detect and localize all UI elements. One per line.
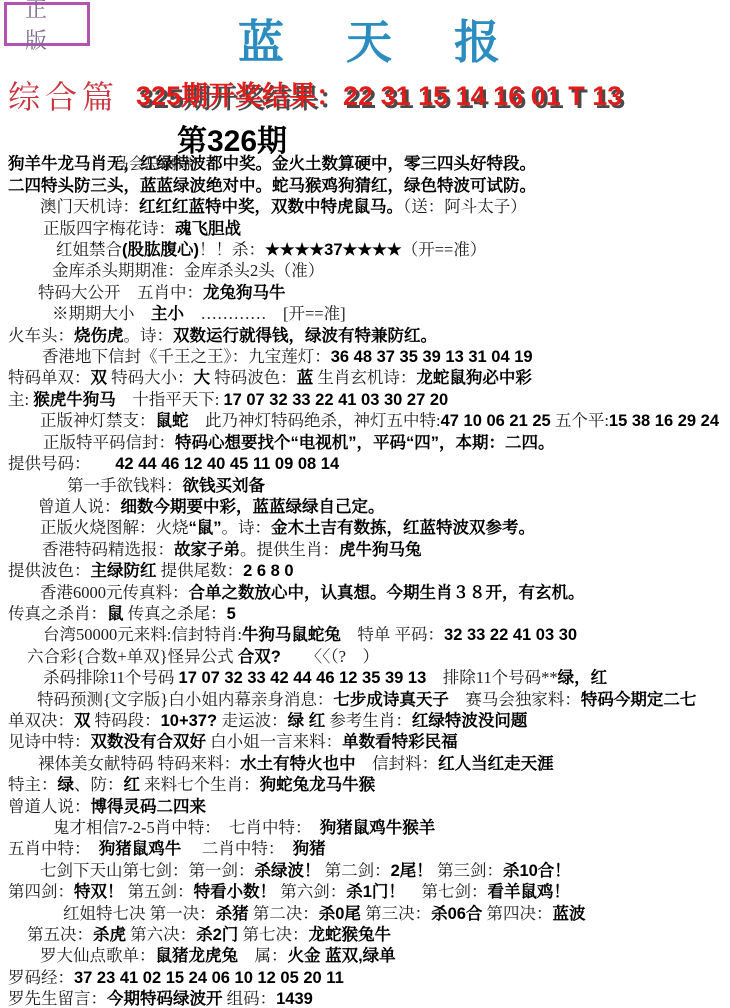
line-segment: 杀虎 xyxy=(93,926,126,944)
line-segment: 罗先生留言： xyxy=(8,989,107,1008)
line-segment: 、防： xyxy=(74,775,124,794)
line-segment: 47 10 06 21 25 xyxy=(441,412,551,430)
line-segment: 特码单双： xyxy=(8,368,91,387)
line-segment: 传真之杀肖： xyxy=(8,604,107,623)
line-segment: 台湾50000元来料:信封特肖: xyxy=(43,625,242,644)
line-segment: 信封料： xyxy=(356,754,439,773)
line-segment: 杀绿波！ xyxy=(255,862,321,880)
line-segment: 提供波色： xyxy=(8,561,91,580)
line-segment: 细数今期要中彩，蓝蓝绿绿自己定。 xyxy=(121,498,385,516)
line-segment: （开==准） xyxy=(402,240,487,259)
line-segment: 。提供生肖： xyxy=(240,540,339,559)
line-segment: 特码今期定二七 xyxy=(581,691,697,709)
line-segment: 10+37? xyxy=(161,712,222,730)
intro-row: 马会总纲诗: 第326期 xyxy=(0,132,730,153)
text-line: 火车头：烧伤虎。诗：双数运行就得钱，绿波有特兼防红。 xyxy=(0,325,730,346)
line-segment: 杀10合！ xyxy=(503,862,571,880)
line-segment: 绿 xyxy=(58,776,75,794)
text-line: 罗码经：37 23 41 02 15 24 06 10 12 05 20 11 xyxy=(0,967,730,988)
line-segment: 蓝 xyxy=(297,369,314,387)
text-line: 红姐特七决 第一决：杀猪 第二决：杀0尾 第三决：杀06合 第四决：蓝波 xyxy=(0,903,730,924)
line-segment: 杀1门！ xyxy=(346,883,405,901)
text-line: 曾道人说：细数今期要中彩，蓝蓝绿绿自己定。 xyxy=(0,496,730,517)
text-line: 澳门天机诗：红红红蓝特中奖，双数中特虎鼠马。（送：阿斗太子） xyxy=(0,196,730,217)
text-line: 香港特码精选报：故家子弟。提供生肖：虎牛狗马兔 xyxy=(0,539,730,560)
line-segment: 裸体美女献特码 特码来料： xyxy=(38,754,240,773)
line-segment: 合双? xyxy=(238,648,281,666)
line-segment: 主: xyxy=(8,390,33,409)
line-segment: 鼠猪龙虎兔 xyxy=(156,947,239,965)
line-segment: 龙兔狗马牛 xyxy=(203,284,286,302)
line-segment: 特码大小： xyxy=(107,368,194,387)
line-segment: 第三剑： xyxy=(433,861,503,880)
line-segment: 绿，红 xyxy=(558,669,608,687)
line-segment: 正版特平码信封： xyxy=(43,433,175,452)
line-segment: 第五决： xyxy=(27,925,93,944)
text-line: 特码单双：双 特码大小：大 特码波色：蓝 生肖玄机诗：龙蛇鼠狗必中彩 xyxy=(0,367,730,388)
text-line: 正版神灯禁支：鼠蛇 此乃神灯特码绝杀，神灯五中特:47 10 06 21 25 … xyxy=(0,410,730,431)
line-segment: 香港6000元传真料： xyxy=(40,583,189,602)
line-segment: 第六剑： xyxy=(276,882,346,901)
line-segment: 组码： xyxy=(223,989,277,1008)
line-segment: 罗大仙点歌单： xyxy=(40,946,156,965)
line-segment: 特双！ xyxy=(74,883,124,901)
line-segment: 37 23 41 02 15 24 06 10 12 05 20 11 xyxy=(74,969,344,987)
line-segment: 提供尾数： xyxy=(157,561,244,580)
line-segment: 特主： xyxy=(8,775,58,794)
line-segment: （送：阿斗太子） xyxy=(403,197,527,216)
line-segment: 特码大公开 五肖中： xyxy=(38,283,203,302)
draw-result-banner: 325期开奖结果：22 31 15 14 16 01 T 13 xyxy=(136,74,622,113)
line-segment: 特单 平码： xyxy=(341,625,444,644)
line-segment: 第七剑： xyxy=(405,882,488,901)
line-segment: 曾道人说： xyxy=(8,797,91,816)
edition-label: 综合篇 xyxy=(8,72,119,118)
line-segment: 第七决： xyxy=(238,925,308,944)
text-line: 单双决：双 特码段：10+37? 走运波：绿 红 参考生肖：红绿特波没问题 xyxy=(0,710,730,731)
line-segment: 36 48 37 35 39 13 31 04 19 xyxy=(331,348,533,366)
line-segment: 第三决： xyxy=(361,904,431,923)
line-segment: 〈〈（? ） xyxy=(281,647,379,666)
line-segment: 红姐禁合 xyxy=(56,240,122,259)
line-segment: ………… [开==准] xyxy=(184,304,346,323)
line-segment: 十指平天下: xyxy=(116,390,224,409)
line-segment: 杀0尾 xyxy=(319,905,361,923)
authentic-badge: 正版 xyxy=(4,2,90,46)
line-segment: 杀猪 xyxy=(216,905,249,923)
line-segment: 绿 红 xyxy=(288,712,326,730)
line-segment: 今期特码绿波开 xyxy=(107,990,223,1008)
line-segment: 香港特码精选报： xyxy=(42,540,174,559)
line-segment: 双 xyxy=(74,712,91,730)
line-segment: 特码预测{文字版}白小姐内幕亲身消息： xyxy=(37,690,333,709)
line-segment: 此乃神灯特码绝杀，神灯五中特: xyxy=(189,411,441,430)
line-segment: 罗码经： xyxy=(8,968,74,987)
line-segment: 第二决： xyxy=(249,904,319,923)
text-line: 第五决：杀虎 第六决：杀2门 第七决：龙蛇猴兔牛 xyxy=(0,924,730,945)
line-segment: 双 xyxy=(91,369,108,387)
line-segment: 42 44 46 12 40 45 11 09 08 14 xyxy=(115,455,339,473)
text-line: 香港地下信封《千王之王》：九宝莲灯：36 48 37 35 39 13 31 0… xyxy=(0,346,730,367)
line-segment: 杀2门 xyxy=(196,926,238,944)
text-line: 七剑下天山第七剑：第一剑：杀绿波！ 第二剑：2尾！ 第三剑：杀10合！ xyxy=(0,860,730,881)
line-segment: 红绿特波没问题 xyxy=(412,712,528,730)
line-segment: 双数运行就得钱，绿波有特兼防红。 xyxy=(173,327,437,345)
line-segment: “鼠” xyxy=(189,519,222,537)
line-segment: 博得灵码二四来 xyxy=(91,798,207,816)
line-segment: 狗猪鼠鸡牛 xyxy=(99,840,182,858)
line-segment: 正版四字梅花诗： xyxy=(43,219,175,238)
line-segment: 传真之杀尾： xyxy=(124,604,227,623)
line-segment: 17 07 32 33 22 41 03 30 27 20 xyxy=(223,391,448,409)
text-line: 五肖中特： 狗猪鼠鸡牛 二肖中特： 狗猪 xyxy=(0,838,730,859)
line-segment: 二肖中特： xyxy=(181,839,292,858)
line-segment: 大 xyxy=(194,369,211,387)
line-segment: 合单之数放心中，认真想。今期生肖３８开，有玄机。 xyxy=(189,584,585,602)
line-segment: 牛狗马鼠蛇兔 xyxy=(242,626,341,644)
line-segment: 15 38 16 29 24 xyxy=(609,412,719,430)
line-segment: 5 xyxy=(227,605,236,623)
line-segment: 五个平: xyxy=(551,411,609,430)
text-line: 红姐禁合(股肱腹心)！！杀：★★★★37★★★★（开==准） xyxy=(0,239,730,260)
line-segment: 鼠蛇 xyxy=(156,412,189,430)
line-segment: ※期期大小 xyxy=(52,304,151,323)
line-segment: 单数看特彩民福 xyxy=(342,733,458,751)
line-segment: 红人当红走天涯 xyxy=(438,755,554,773)
line-segment: 曾道人说： xyxy=(38,497,121,516)
line-segment: ★★★★37★★★★ xyxy=(265,241,402,259)
line-segment: 生肖玄机诗： xyxy=(313,368,416,387)
line-segment: 虎牛狗马兔 xyxy=(339,541,422,559)
text-line: 台湾50000元来料:信封特肖:牛狗马鼠蛇兔 特单 平码：32 33 22 41… xyxy=(0,624,730,645)
line-segment: 红红红蓝特中奖，双数中特虎鼠马。 xyxy=(139,198,403,216)
text-line: 见诗中特：双数没有合双好 白小姐一言来料：单数看特彩民福 xyxy=(0,731,730,752)
text-line: 香港6000元传真料：合单之数放心中，认真想。今期生肖３８开，有玄机。 xyxy=(0,582,730,603)
text-line: 罗先生留言：今期特码绿波开 组码：1439 xyxy=(0,988,730,1008)
line-segment: 第四剑： xyxy=(8,882,74,901)
line-segment: 杀码排除11个号码 xyxy=(43,668,179,687)
line-segment: 正版火烧图解：火烧 xyxy=(40,518,189,537)
text-line: 传真之杀肖：鼠 传真之杀尾：5 xyxy=(0,603,730,624)
line-segment: 红姐特七决 第一决： xyxy=(63,904,216,923)
line-segment: 七步成诗真天子 xyxy=(333,691,449,709)
line-segment: 火车头： xyxy=(8,326,74,345)
line-segment: 见诗中特： xyxy=(8,732,91,751)
text-line: 鬼才相信7-2-5肖中特： 七肖中特： 狗猪鼠鸡牛猴羊 xyxy=(0,817,730,838)
text-line: 金库杀头期期准：金库杀头2头（准） xyxy=(0,260,730,281)
line-segment: 故家子弟 xyxy=(174,541,240,559)
line-segment: 鼠 xyxy=(107,605,124,623)
line-segment: ！！杀： xyxy=(199,240,265,259)
text-line: 裸体美女献特码 特码来料：水土有特火也中 信封料：红人当红走天涯 xyxy=(0,753,730,774)
line-segment: 走运波： xyxy=(222,711,288,730)
line-segment: 六合彩{合数+单双}怪异公式 xyxy=(27,647,238,666)
line-segment: 第五剑： xyxy=(124,882,194,901)
line-segment: 欲钱买刘备 xyxy=(183,477,266,495)
text-line: 第四剑：特双！ 第五剑：特看小数！ 第六剑：杀1门！ 第七剑：看羊鼠鸡！ xyxy=(0,881,730,902)
text-line: 杀码排除11个号码 17 07 32 33 42 44 46 12 35 39 … xyxy=(0,667,730,688)
line-segment: 红 xyxy=(124,776,141,794)
line-segment: 五肖中特： xyxy=(8,839,99,858)
line-segment: 第四决： xyxy=(482,904,552,923)
line-segment: 。诗： xyxy=(222,518,272,537)
line-segment: 2尾！ xyxy=(391,862,433,880)
text-line: 提供号码： 42 44 46 12 40 45 11 09 08 14 xyxy=(0,453,730,474)
text-line: 第一手欲钱料：欲钱买刘备 xyxy=(0,475,730,496)
content-area: 马会总纲诗: 第326期 狗羊牛龙马肖无，红绿特波都中奖。金火土数算硬中，零三四… xyxy=(0,132,730,1008)
newspaper-page: 正版 蓝天报 综合篇 325期开奖结果：22 31 15 14 16 01 T … xyxy=(0,0,730,1008)
line-segment: (股肱腹心) xyxy=(122,241,199,259)
text-line: ※期期大小 主小 ………… [开==准] xyxy=(0,303,730,324)
line-segment: 排除11个号码** xyxy=(426,668,557,687)
line-segment: 魂飞胆战 xyxy=(175,220,241,238)
line-segment: 17 07 32 33 42 44 46 12 35 39 13 xyxy=(179,669,427,687)
line-segment: 2 6 8 0 xyxy=(243,562,293,580)
text-line: 正版四字梅花诗：魂飞胆战 xyxy=(0,218,730,239)
text-line: 正版特平码信封：特码心想要找个“电视机”，平码“四”，本期：二四。 xyxy=(0,432,730,453)
text-line: 曾道人说：博得灵码二四来 xyxy=(0,796,730,817)
line-segment: 香港地下信封《千王之王》：九宝莲灯： xyxy=(42,347,331,366)
line-segment: 第二剑： xyxy=(321,861,391,880)
line-segment: 双数没有合双好 xyxy=(91,733,207,751)
line-segment: 杀06合 xyxy=(431,905,482,923)
line-segment: 属： xyxy=(238,946,288,965)
line-segment: 烧伤虎 xyxy=(74,327,124,345)
line-segment: 狗猪 xyxy=(293,840,326,858)
line-segment: 特看小数！ xyxy=(194,883,277,901)
line-segment: 狗蛇兔龙马牛猴 xyxy=(260,776,376,794)
line-segment: 狗猪鼠鸡牛猴羊 xyxy=(320,819,436,837)
line-segment: 32 33 22 41 03 30 xyxy=(444,626,577,644)
line-segment: 第六决： xyxy=(126,925,196,944)
line-segment: 赛马会独家料： xyxy=(449,690,581,709)
line-segment: 七剑下天山第七剑：第一剑： xyxy=(40,861,255,880)
line-segment: 1439 xyxy=(276,990,313,1008)
intro-label: 马会总纲诗: xyxy=(113,156,197,173)
line-segment: 蓝波 xyxy=(553,905,586,923)
line-segment: 鬼才相信7-2-5肖中特： 七肖中特： xyxy=(53,818,320,837)
issue-title: 第326期 xyxy=(177,126,287,158)
line-segment: 来料七个生肖： xyxy=(140,775,260,794)
line-segment: 主小 xyxy=(151,305,184,323)
text-line: 罗大仙点歌单：鼠猪龙虎兔 属：火金 蓝双,绿单 xyxy=(0,945,730,966)
line-segment: 猴虎牛狗马 xyxy=(33,391,116,409)
text-line: 正版火烧图解：火烧“鼠”。诗：金木土吉有数拣，红蓝特波双参考。 xyxy=(0,517,730,538)
line-segment: 特码心想要找个“电视机”，平码“四”，本期：二四。 xyxy=(175,434,555,452)
line-segment: 参考生肖： xyxy=(325,711,412,730)
line-segment: 特码波色： xyxy=(210,368,297,387)
page-title: 蓝天报 xyxy=(238,6,562,72)
line-segment: 正版神灯禁支： xyxy=(40,411,156,430)
text-line: 主: 猴虎牛狗马 十指平天下: 17 07 32 33 22 41 03 30 … xyxy=(0,389,730,410)
text-line: 特码大公开 五肖中：龙兔狗马牛 xyxy=(0,282,730,303)
text-line: 六合彩{合数+单双}怪异公式 合双? 〈〈（? ） xyxy=(0,646,730,667)
line-segment: 火金 蓝双,绿单 xyxy=(288,947,396,965)
line-segment: 提供号码： xyxy=(8,454,115,473)
line-segment: 单双决： xyxy=(8,711,74,730)
line-segment: 水土有特火也中 xyxy=(240,755,356,773)
line-segment: 金库杀头期期准：金库杀头2头（准） xyxy=(52,261,324,280)
line-segment: 。诗： xyxy=(124,326,174,345)
line-segment: 第一手欲钱料： xyxy=(67,476,183,495)
text-line: 特码预测{文字版}白小姐内幕亲身消息：七步成诗真天子 赛马会独家料：特码今期定二… xyxy=(0,689,730,710)
line-segment: 特码段： xyxy=(91,711,161,730)
text-line: 提供波色：主绿防红 提供尾数：2 6 8 0 xyxy=(0,560,730,581)
line-segment: 金木土吉有数拣，红蓝特波双参考。 xyxy=(271,519,535,537)
line-segment: 看羊鼠鸡！ xyxy=(487,883,570,901)
text-line: 特主：绿、防：红 来料七个生肖：狗蛇兔龙马牛猴 xyxy=(0,774,730,795)
line-segment: 龙蛇鼠狗必中彩 xyxy=(416,369,532,387)
line-segment: 白小姐一言来料： xyxy=(206,732,342,751)
line-segment: 龙蛇猴兔牛 xyxy=(308,926,391,944)
line-segment: 主绿防红 xyxy=(91,562,157,580)
